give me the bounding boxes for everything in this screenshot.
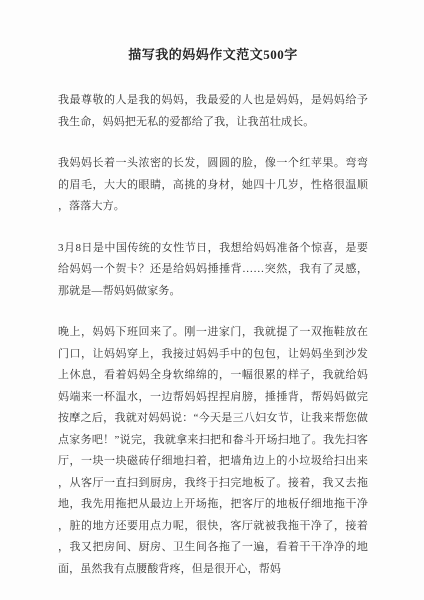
document-title: 描写我的妈妈作文范文500字 [58,46,368,64]
document-page: 描写我的妈妈作文范文500字 我最尊敬的人是我的妈妈，我最爱的人也是妈妈，是妈妈… [0,0,424,600]
paragraph-4: 晚上，妈妈下班回来了。刚一进家门，我就提了一双拖鞋放在门口，让妈妈穿上，我接过妈… [58,322,368,580]
paragraph-3: 3月8日是中国传统的女性节日，我想给妈妈准备个惊喜，是要给妈妈一个贺卡？还是给妈… [58,238,368,303]
paragraph-2: 我妈妈长着一头浓密的长发，圆圆的脸，像一个红苹果。弯弯的眉毛，大大的眼睛，高挑的… [58,153,368,218]
paragraph-1: 我最尊敬的人是我的妈妈，我最爱的人也是妈妈，是妈妈给予我生命，妈妈把无私的爱都给… [58,90,368,133]
